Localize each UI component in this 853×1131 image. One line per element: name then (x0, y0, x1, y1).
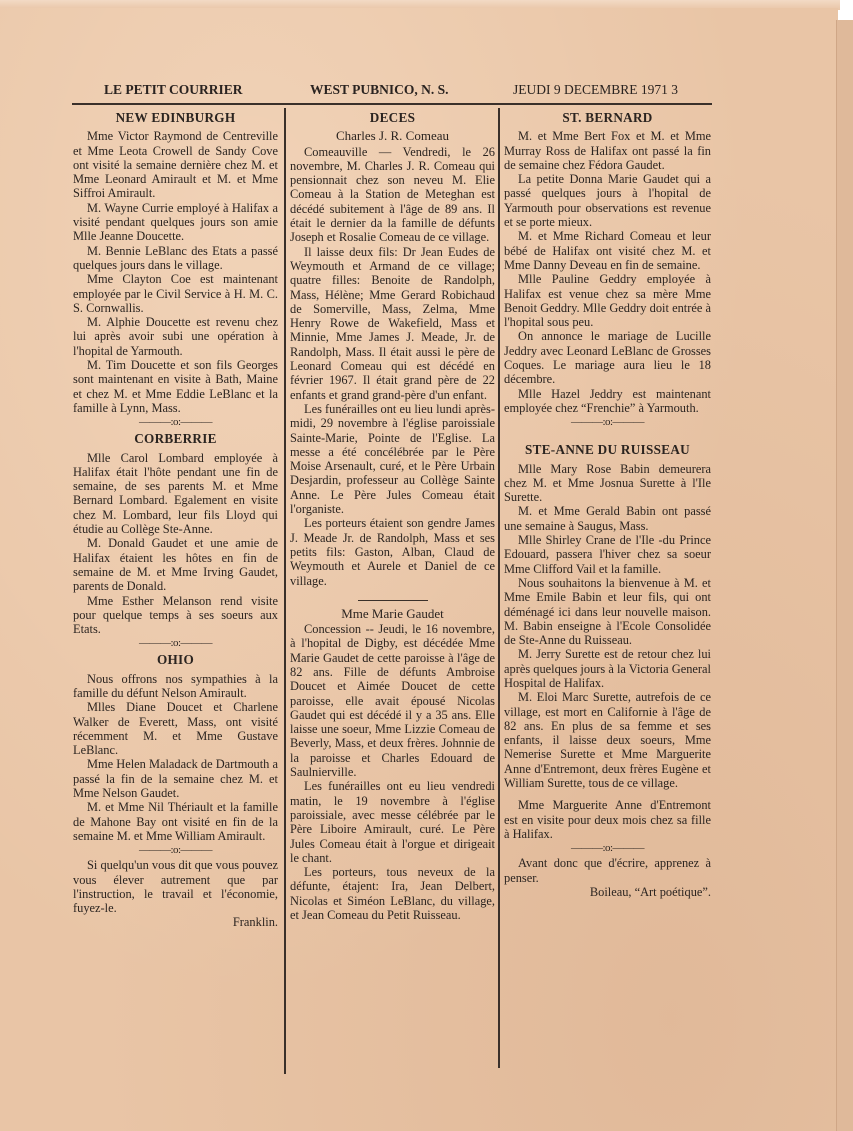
news-item: M. Wayne Currie employé à Halifax a visi… (73, 201, 278, 244)
quote-text: Si quelqu'un vous dit que vous pouvez vo… (73, 858, 278, 915)
news-item: Mlle Mary Rose Babin demeurera chez M. e… (504, 462, 711, 505)
masthead: LE PETIT COURRIER WEST PUBNICO, N. S. JE… (72, 80, 712, 102)
quote-author: Franklin. (73, 915, 278, 929)
news-item: M. et Mme Richard Comeau et leur bébé de… (504, 229, 711, 272)
section-separator: ———:o:——— (504, 416, 711, 429)
news-item: Mme Esther Melanson rend visite pour que… (73, 594, 278, 637)
quote-author: Boileau, “Art poétique”. (504, 885, 711, 899)
obituary-name: Charles J. R. Comeau (290, 129, 495, 143)
section-separator: ———:o:——— (73, 416, 278, 429)
column-rule-1 (284, 108, 286, 1074)
quote-text: Avant donc que d'écrire, apprenez à pens… (504, 856, 711, 885)
news-item: M. et Mme Nil Thériault et la famille de… (73, 800, 278, 843)
news-item: M. et Mme Gerald Babin ont passé une sem… (504, 504, 711, 533)
issue-date-page: JEUDI 9 DECEMBRE 1971 3 (513, 82, 678, 98)
news-item: Mme Clayton Coe est maintenant employée … (73, 272, 278, 315)
news-item: La petite Donna Marie Gaudet qui a passé… (504, 172, 711, 229)
news-item: On annonce le mariage de Lucille Jeddry … (504, 329, 711, 386)
obituary-name: Mme Marie Gaudet (290, 607, 495, 621)
news-item: Mlle Shirley Crane de l'Ile -du Prince E… (504, 533, 711, 576)
news-item: Nous souhaitons la bienvenue à M. et Mme… (504, 576, 711, 647)
section-separator: ———:o:——— (504, 842, 711, 855)
news-item: Nous offrons nos sympathies à la famille… (73, 672, 278, 701)
section-heading-ohio: OHIO (73, 653, 278, 667)
obituary-paragraph: Comeauville — Vendredi, le 26 novembre, … (290, 145, 495, 245)
news-item: M. Eloi Marc Surette, autrefois de ce vi… (504, 690, 711, 790)
obituary-divider (358, 600, 428, 601)
news-item: Mme Marguerite Anne d'Entremont est en v… (504, 798, 711, 841)
obituary-paragraph: Les funérailles ont eu lieu vendredi mat… (290, 779, 495, 865)
section-heading-deces: DECES (290, 111, 495, 125)
news-item: Mlle Carol Lombard employée à Halifax ét… (73, 451, 278, 537)
obituary-paragraph: Concession -- Jeudi, le 16 novembre, à l… (290, 622, 495, 779)
obituary-paragraph: Les funérailles ont eu lieu lundi après-… (290, 402, 495, 516)
spacer (504, 430, 711, 440)
news-item: Mlle Pauline Geddry employée à Halifax e… (504, 272, 711, 329)
obituary-paragraph: Les porteurs, tous neveux de la défunte,… (290, 865, 495, 922)
news-item: M. Bennie LeBlanc des Etats a passé quel… (73, 244, 278, 273)
spacer (504, 790, 711, 798)
section-heading-corberrie: CORBERRIE (73, 432, 278, 446)
news-item: Mme Victor Raymond de Centreville et Mme… (73, 129, 278, 200)
column-rule-2 (498, 108, 500, 1068)
section-separator: ———:o:——— (73, 844, 278, 857)
news-item: M. Jerry Surette est de retour chez lui … (504, 647, 711, 690)
news-item: M. Donald Gaudet et une amie de Halifax … (73, 536, 278, 593)
section-separator: ———:o:——— (73, 637, 278, 650)
column-3: ST. BERNARD M. et Mme Bert Fox et M. et … (504, 108, 711, 899)
obituary-paragraph: Les porteurs étaient son gendre James J.… (290, 516, 495, 587)
section-heading-ste-anne-du-ruisseau: STE-ANNE DU RUISSEAU (504, 443, 711, 457)
section-heading-st-bernard: ST. BERNARD (504, 111, 711, 125)
masthead-rule (72, 103, 712, 105)
section-heading-new-edinburgh: NEW EDINBURGH (73, 111, 278, 125)
news-item: M. Alphie Doucette est revenu chez lui a… (73, 315, 278, 358)
paper-edge (836, 20, 853, 1131)
column-2: DECES Charles J. R. Comeau Comeauville —… (290, 108, 495, 922)
paper-location: WEST PUBNICO, N. S. (310, 82, 449, 98)
obituary-paragraph: Il laisse deux fils: Dr Jean Eudes de We… (290, 245, 495, 402)
news-item: M. et Mme Bert Fox et M. et Mme Murray R… (504, 129, 711, 172)
news-item: Mme Helen Maladack de Dartmouth a passé … (73, 757, 278, 800)
column-1: NEW EDINBURGH Mme Victor Raymond de Cent… (73, 108, 278, 930)
news-item: Mlles Diane Doucet et Charlene Walker de… (73, 700, 278, 757)
news-item: M. Tim Doucette et son fils Georges sont… (73, 358, 278, 415)
news-item: Mlle Hazel Jeddry est maintenant employé… (504, 387, 711, 416)
paper-name: LE PETIT COURRIER (104, 82, 243, 98)
